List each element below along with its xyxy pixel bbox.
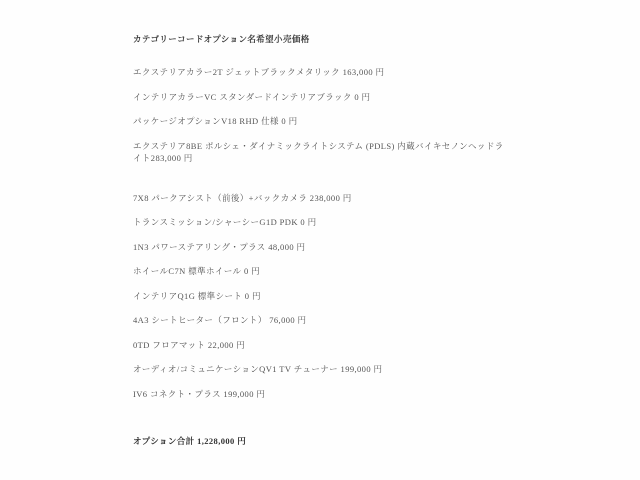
- option-line: オーディオ/コミュニケーションQV1 TV チューナー 199,000 円: [133, 363, 509, 376]
- option-line: インテリアカラーVC スタンダードインテリアブラック 0 円: [133, 91, 509, 104]
- table-header: カテゴリーコードオプション名希望小売価格: [133, 33, 509, 45]
- option-line: IV6 コネクト・プラス 199,000 円: [133, 388, 509, 401]
- options-price-list: カテゴリーコードオプション名希望小売価格 エクステリアカラー2T ジェットブラッ…: [133, 33, 509, 448]
- option-line: インテリアQ1G 標準シート 0 円: [133, 290, 509, 303]
- option-line: 4A3 シートヒーター（フロント） 76,000 円: [133, 314, 509, 327]
- document-page: カテゴリーコードオプション名希望小売価格 エクステリアカラー2T ジェットブラッ…: [0, 0, 640, 480]
- option-line: エクステリアカラー2T ジェットブラックメタリック 163,000 円: [133, 66, 509, 79]
- option-line: 1N3 パワーステアリング・プラス 48,000 円: [133, 241, 509, 254]
- options-total-value: 1,228,000 円: [197, 436, 246, 446]
- option-line: パッケージオプションV18 RHD 仕様 0 円: [133, 115, 509, 128]
- option-line: 0TD フロアマット 22,000 円: [133, 339, 509, 352]
- options-total: オプション合計 1,228,000 円: [133, 435, 509, 448]
- options-list: エクステリアカラー2T ジェットブラックメタリック 163,000 円インテリア…: [133, 66, 509, 400]
- option-line: エクステリア8BE ポルシェ・ダイナミックライトシステム (PDLS) 内蔵バイ…: [133, 140, 509, 165]
- option-line: トランスミッション/シャーシーG1D PDK 0 円: [133, 216, 509, 229]
- option-line: ホイールC7N 標準ホイール 0 円: [133, 265, 509, 278]
- option-line: 7X8 パークアシスト（前後）+バックカメラ 238,000 円: [133, 192, 509, 205]
- options-total-label: オプション合計: [133, 436, 195, 446]
